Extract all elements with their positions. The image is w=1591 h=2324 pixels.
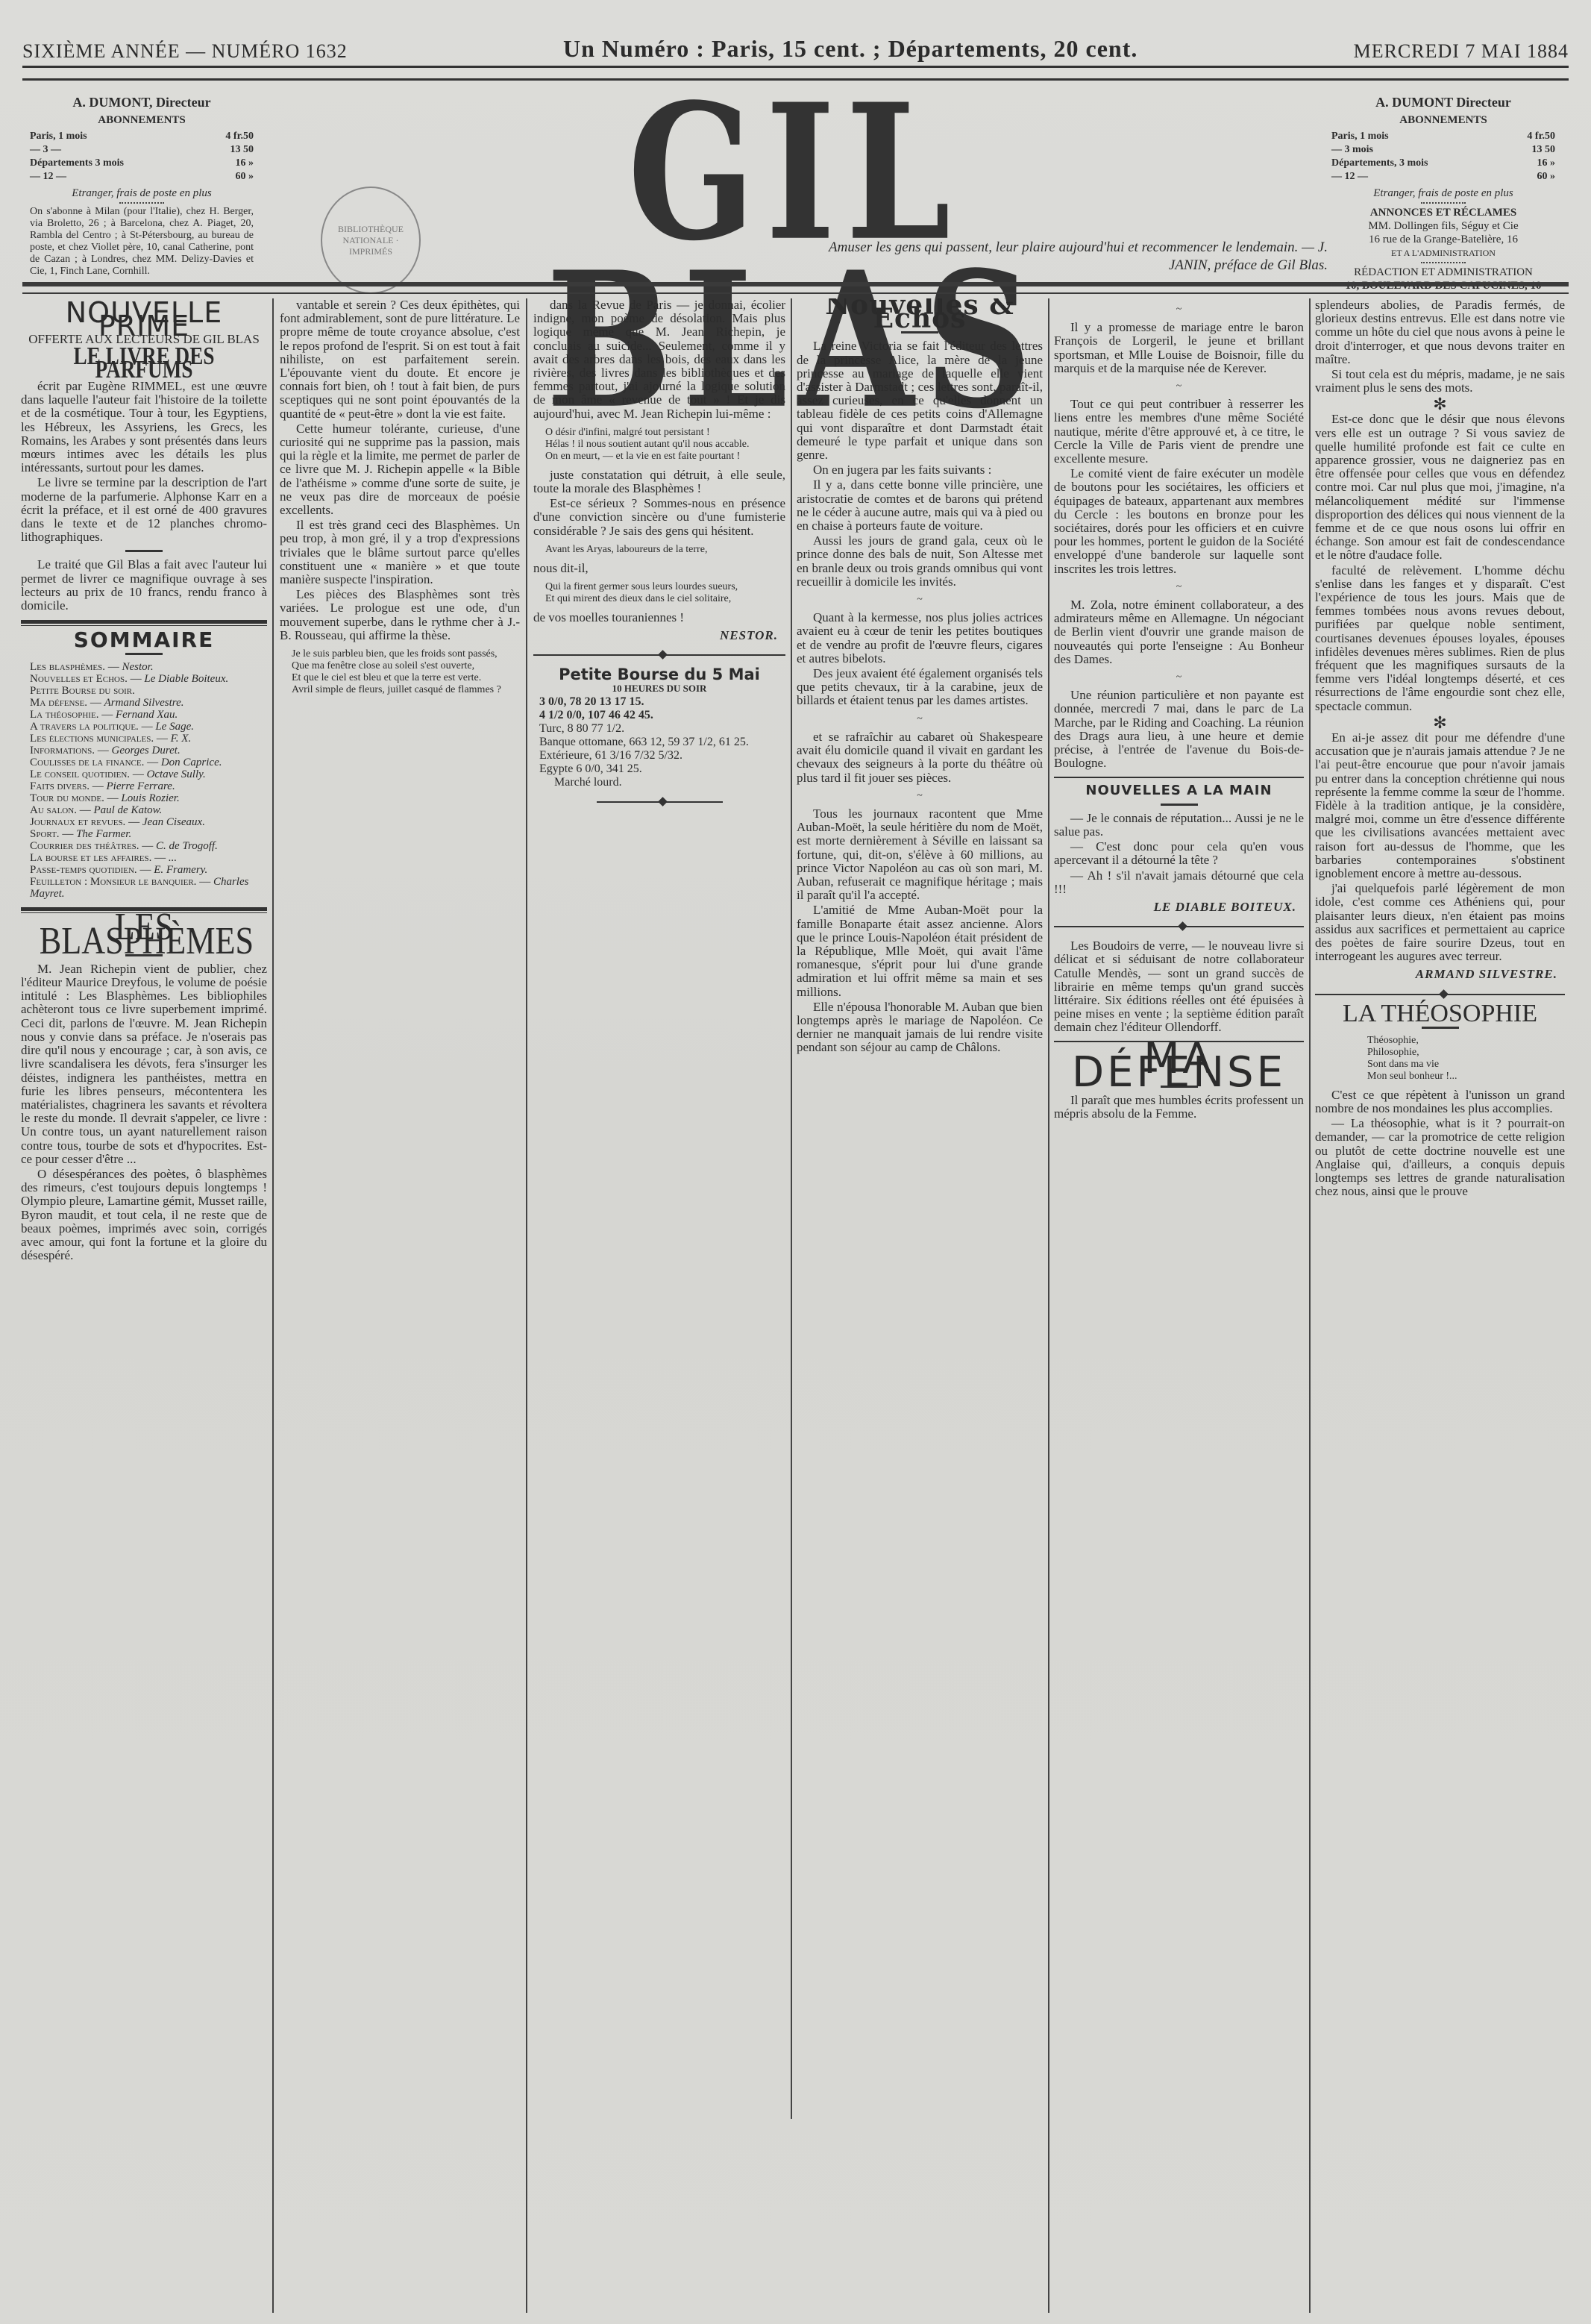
sommaire-item: Petite Bourse du soir. [30,685,267,697]
ornament: ~ [1054,671,1304,684]
ornament-rule [1421,262,1466,263]
article-paragraph: O désespérances des poètes, ô blasphèmes… [21,1168,267,1262]
defense-heading: MA DÉFENSE [1054,1053,1304,1080]
column-divider [791,298,792,2119]
sommaire-item: Coulisses de la finance. — Don Caprice. [30,757,267,768]
rate-table: Paris, 1 mois4 fr.50 — 3 mois13 50 Dépar… [1331,130,1555,184]
article-paragraph: M. Zola, notre éminent collaborateur, a … [1054,598,1304,666]
article-paragraph: vantable et serein ? Ces deux épithètes,… [280,298,520,421]
bourse-quotes: 3 0/0, 78 20 13 17 15. 4 1/2 0/0, 107 46… [539,695,785,789]
column-divider [272,298,274,2313]
article-paragraph: Des jeux avaient été également organisés… [797,667,1043,708]
article-paragraph: Est-ce donc que le désir que nous élevon… [1315,413,1565,562]
verse-block: Je le suis parbleu bien, que les froids … [292,648,520,696]
prime-text: écrit par Eugène RIMMEL, est une œuvre d… [21,380,267,474]
prime-heading: NOUVELLE PRIME [21,306,267,333]
sommaire-item: Faits divers. — Pierre Ferrare. [30,780,267,792]
asterisk-ornament: ✻ [1315,715,1565,731]
article-paragraph: Il paraît que mes humbles écrits profess… [1054,1094,1304,1121]
article-paragraph: Elle n'épousa l'honorable M. Auban que b… [797,1000,1043,1055]
divider [597,801,723,803]
prime-text: Le traité que Gil Blas a fait avec l'aut… [21,558,267,613]
column-3: dans la Revue de Paris — je donnai, écol… [533,298,785,2313]
article-paragraph: — Je le connais de réputation... Aussi j… [1054,812,1304,839]
ornament: ~ [797,789,1043,803]
article-paragraph: Il y a, dans cette bonne ville princière… [797,478,1043,533]
office-heading: RÉDACTION ET ADMINISTRATION [1331,266,1555,279]
ornament: ~ [797,593,1043,607]
article-paragraph: nous dit-il, [533,562,785,575]
divider [125,550,163,552]
divider [1054,777,1304,778]
verse-block: O désir d'infini, malgré tout persistant… [545,427,785,463]
verse-block: Avant les Aryas, laboureurs de la terre, [545,544,785,556]
sommaire-item: La bourse et les affaires. — ... [30,852,267,864]
sommaire-item: Nouvelles et Echos. — Le Diable Boiteux. [30,673,267,685]
column-6: splendeurs abolies, de Paradis fermés, d… [1315,298,1565,2313]
article-paragraph: Les Boudoirs de verre, — le nouveau livr… [1054,939,1304,1034]
article-paragraph: La reine Victoria se fait l'éditeur des … [797,339,1043,462]
column-1: NOUVELLE PRIME OFFERTE AUX LECTEURS DE G… [21,298,267,2313]
article-paragraph: de vos moelles touraniennes ! [533,611,785,624]
article-paragraph: Une réunion particulière et non payante … [1054,689,1304,770]
divider [1054,926,1304,927]
edition-number: SIXIÈME ANNÉE — NUMÉRO 1632 [22,40,348,63]
article-paragraph: Les pièces des Blasphèmes sont très vari… [280,588,520,642]
rate-table: Paris, 1 mois4 fr.50 — 3 —13 50 Départem… [30,130,254,184]
sommaire-item: Au salon. — Paul de Katow. [30,804,267,816]
column-5: ~ Il y a promesse de mariage entre le ba… [1054,298,1304,2313]
sommaire-item: La théosophie. — Fernand Xau. [30,709,267,721]
ornament: ~ [1054,380,1304,393]
bourse-time: 10 HEURES DU SOIR [533,682,785,695]
article-paragraph: splendeurs abolies, de Paradis fermés, d… [1315,298,1565,366]
sommaire-item: Ma défense. — Armand Silvestre. [30,697,267,709]
sommaire-item: Sport. — The Farmer. [30,828,267,840]
subscriptions-heading: ABONNEMENTS [1331,113,1555,127]
article-paragraph: Le comité vient de faire exécuter un mod… [1054,467,1304,576]
sommaire-item: Passe-temps quotidien. — E. Framery. [30,864,267,876]
column-divider [526,298,527,2313]
motto: Amuser les gens qui passent, leur plaire… [820,239,1328,275]
article-paragraph: Il y a promesse de mariage entre le baro… [1054,321,1304,375]
article-paragraph: Cette humeur tolérante, curieuse, d'une … [280,422,520,517]
ads-agents: MM. Dollingen fils, Séguy et Cie [1331,219,1555,233]
article-paragraph: j'ai quelquefois parlé légèrement de mon… [1315,882,1565,963]
ads-heading: ANNONCES ET RÉCLAMES [1331,206,1555,219]
masthead-left: A. DUMONT, Directeur ABONNEMENTS Paris, … [30,95,254,278]
sommaire-item: Le conseil quotidien. — Octave Sully. [30,768,267,780]
article-paragraph: Si tout cela est du mépris, madame, je n… [1315,368,1565,395]
ads-address: 16 rue de la Grange-Batelière, 16 [1331,233,1555,246]
article-paragraph: L'amitié de Mme Auban-Moët pour la famil… [797,903,1043,998]
issue-date: MERCREDI 7 MAI 1884 [1354,40,1569,63]
article-paragraph: Est-ce sérieux ? Sommes-nous en présence… [533,497,785,538]
sommaire-item: Informations. — Georges Duret. [30,745,267,757]
asterisk-ornament: ✻ [1315,396,1565,413]
agents-text: On s'abonne à Milan (pour l'Italie), che… [30,206,254,278]
ornament: ~ [1054,580,1304,594]
article-paragraph: M. Jean Richepin vient de publier, chez … [21,962,267,1166]
sommaire-item: Courrier des théâtres. — C. de Trogoff. [30,840,267,852]
article-paragraph: Tous les journaux racontent que Mme Auba… [797,807,1043,902]
article-paragraph: juste constatation qui détruit, à elle s… [533,469,785,495]
sommaire-item: A travers la politique. — Le Sage. [30,721,267,733]
subscriptions-heading: ABONNEMENTS [30,113,254,127]
column-divider [1048,298,1049,2313]
article-paragraph: — C'est donc pour cela qu'en vous aperce… [1054,840,1304,867]
article-paragraph: Il est très grand ceci des Blasphèmes. U… [280,519,520,586]
newspaper-page: SIXIÈME ANNÉE — NUMÉRO 1632 Un Numéro : … [0,0,1591,2324]
sommaire-item: Feuilleton : Monsieur le banquier. — Cha… [30,876,267,900]
masthead-rule [22,282,1569,294]
divider [533,654,785,656]
sommaire-item: Tour du monde. — Louis Rozier. [30,792,267,804]
column-4: Nouvelles & Echos La reine Victoria se f… [797,298,1043,2313]
bourse-heading: Petite Bourse du 5 Mai [533,668,785,681]
signature: ARMAND SILVESTRE. [1322,968,1557,981]
article-paragraph: et se rafraîchir au cabaret où Shakespea… [797,730,1043,785]
article-paragraph: dans la Revue de Paris — je donnai, écol… [533,298,785,421]
sommaire-item: Journaux et revues. — Jean Ciseaux. [30,816,267,828]
prime-book-title: LE LIVRE DES PARFUMS [45,350,242,377]
article-paragraph: Tout ce qui peut contribuer à resserrer … [1054,398,1304,466]
ornament: ~ [1054,303,1304,316]
issue-price: Un Numéro : Paris, 15 cent. ; Départemen… [563,35,1137,63]
article-paragraph: Aussi les jours de grand gala, ceux où l… [797,534,1043,589]
prime-text: Le livre se termine par la description d… [21,476,267,544]
article-paragraph: faculté de relèvement. L'homme déchu s'e… [1315,564,1565,713]
article-paragraph: On en jugera par les faits suivants : [797,463,1043,477]
foreign-note: Etranger, frais de poste en plus [1331,187,1555,200]
article-paragraph: En ai-je assez dit pour me défendre d'un… [1315,731,1565,880]
header-line: SIXIÈME ANNÉE — NUMÉRO 1632 Un Numéro : … [22,45,1569,63]
ornament: ~ [797,712,1043,726]
main-heading: NOUVELLES A LA MAIN [1054,784,1304,798]
sommaire-item: Les blasphèmes. — Nestor. [30,661,267,673]
ornament-rule [1421,202,1466,204]
divider [21,620,267,626]
ads-admin: ET A L'ADMINISTRATION [1331,246,1555,260]
masthead-right: A. DUMONT Directeur ABONNEMENTS Paris, 1… [1331,95,1555,292]
divider [1161,804,1198,806]
article-paragraph: C'est ce que répètent à l'unisson un gra… [1315,1089,1565,1115]
verse-block: Qui la firent germer sous leurs lourdes … [545,581,785,605]
nouvelles-heading: Nouvelles & Echos [797,298,1043,325]
ornament-rule [119,202,164,204]
verse-block: Théosophie, Philosophie, Sont dans ma vi… [1367,1035,1565,1083]
sommaire-list: Les blasphèmes. — Nestor.Nouvelles et Ec… [30,661,267,900]
director: A. DUMONT, Directeur [30,95,254,109]
divider [125,653,163,655]
signature: NESTOR. [541,629,778,642]
article-paragraph: — Ah ! s'il n'avait jamais détourné que … [1054,869,1304,896]
blasphemes-heading: LES BLASPHÈMES [40,921,249,948]
article-paragraph: Quant à la kermesse, nos plus jolies act… [797,611,1043,665]
director: A. DUMONT Directeur [1331,95,1555,109]
theosophie-heading: LA THÉOSOPHIE [1315,1007,1565,1021]
column-divider [1309,298,1311,2313]
foreign-note: Etranger, frais de poste en plus [30,187,254,200]
article-paragraph: — La théosophie, what is it ? pourrait-o… [1315,1117,1565,1198]
divider [1315,994,1565,995]
signature: LE DIABLE BOITEUX. [1061,901,1296,914]
sommaire-heading: SOMMAIRE [21,633,267,647]
sommaire-item: Les élections municipales. — F. X. [30,733,267,745]
column-2: vantable et serein ? Ces deux épithètes,… [280,298,520,2313]
